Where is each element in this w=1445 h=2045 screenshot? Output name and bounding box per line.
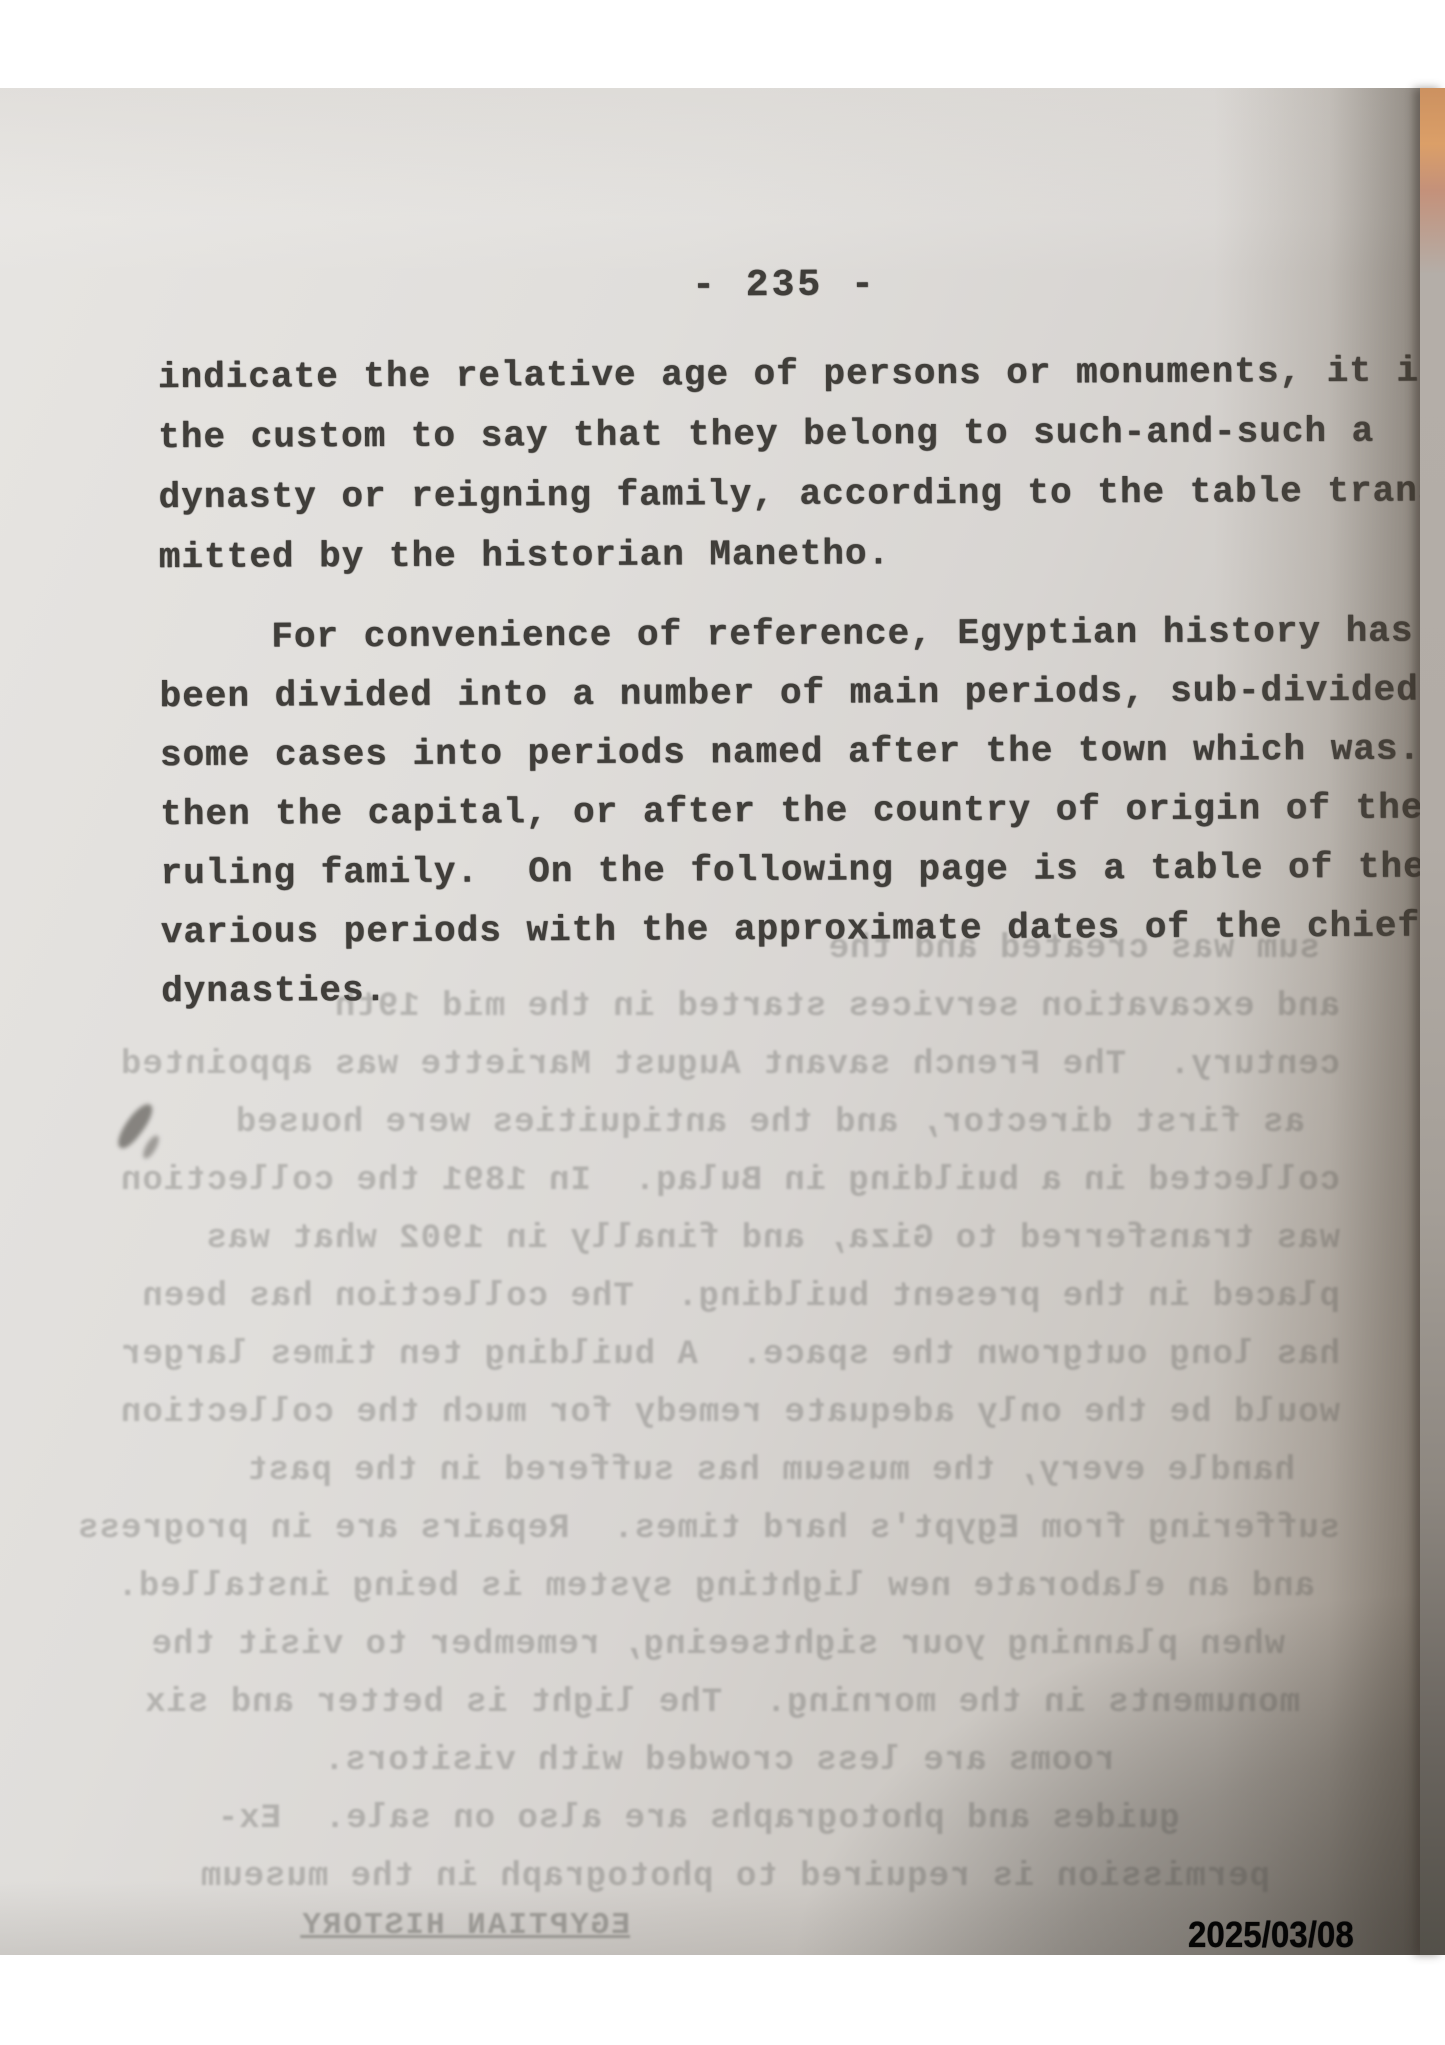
typed-line: dynasty or reigning family, according to…	[158, 461, 1442, 528]
paragraph-2: For convenience of reference, Egyptian h…	[159, 601, 1445, 1021]
typed-line: mitted by the historian Manetho.	[159, 521, 1443, 588]
page-scan: sum was created and the and excavation s…	[0, 88, 1445, 1955]
date-stamp: 2025/03/08	[1188, 1914, 1354, 1956]
typed-line: dynasties.	[161, 955, 1445, 1021]
typed-line: ruling family. On the following page is …	[160, 837, 1445, 903]
typed-line: then the capital, or after the country o…	[160, 778, 1445, 844]
typed-line: For convenience of reference, Egyptian h…	[159, 601, 1445, 667]
typed-line: indicate the relative age of persons or …	[158, 341, 1442, 408]
page-number: - 235 -	[629, 263, 939, 308]
typed-line: the custom to say that they belong to su…	[158, 401, 1442, 468]
paragraph-1: indicate the relative age of persons or …	[158, 341, 1443, 588]
typed-line: various periods with the approximate dat…	[161, 896, 1445, 962]
typed-content: - 235 - indicate the relative age of per…	[0, 84, 1445, 1959]
book-edge	[1420, 88, 1445, 1955]
typed-line: some cases into periods named after the …	[160, 719, 1445, 785]
scanned-page-photo: sum was created and the and excavation s…	[0, 0, 1445, 2045]
typed-line: been divided into a number of main perio…	[159, 660, 1445, 726]
